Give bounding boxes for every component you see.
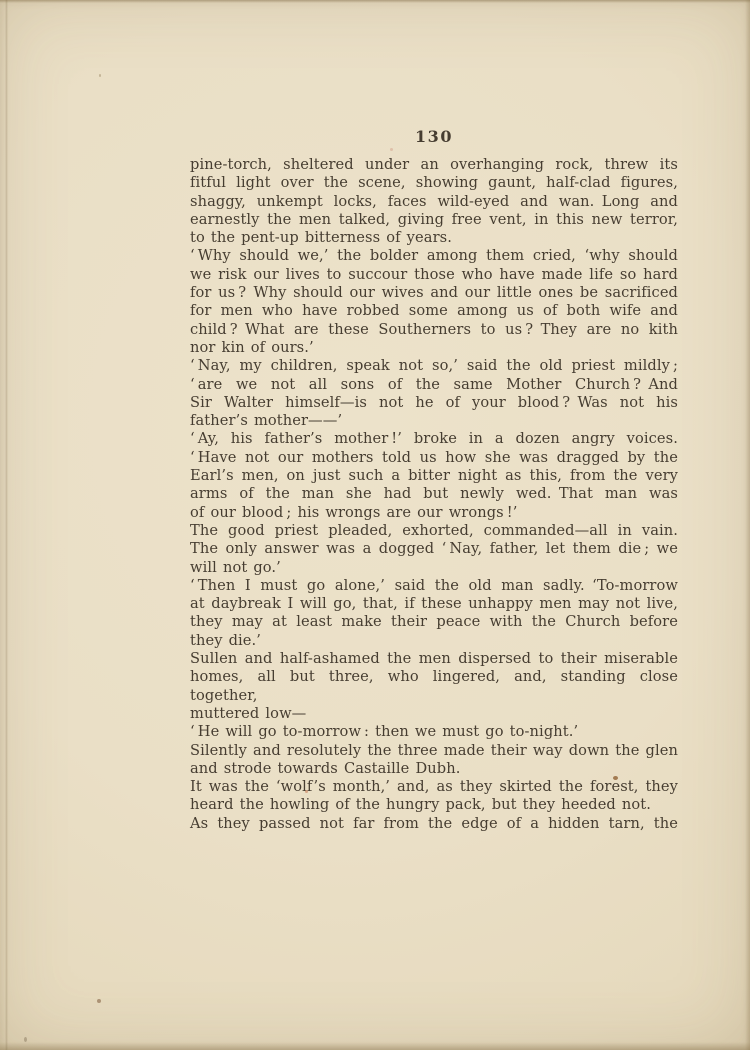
paragraph: Sullen and half-ashamed the men disperse… <box>190 650 678 723</box>
text-line: It was the ‘wolf’s month,’ and, as they … <box>190 778 678 796</box>
text-line: at daybreak I will go, that, if these un… <box>190 595 678 613</box>
paper-speck <box>99 74 101 77</box>
text-line: of our blood ; his wrongs are our wrongs… <box>190 504 678 522</box>
text-line: arms of the man she had but newly wed. T… <box>190 485 678 503</box>
page-edge-bottom <box>0 1042 750 1050</box>
text-line: ‘ He will go to-morrow : then we must go… <box>190 723 678 741</box>
paragraph: As they passed not far from the edge of … <box>190 815 678 833</box>
text-line: pine-torch, sheltered under an overhangi… <box>190 156 678 174</box>
text-line: they may at least make their peace with … <box>190 613 678 631</box>
text-line: earnestly the men talked, giving free ve… <box>190 211 678 229</box>
page-text: pine-torch, sheltered under an overhangi… <box>190 156 678 833</box>
text-line: we risk our lives to succour those who h… <box>190 266 678 284</box>
text-line: Sullen and half-ashamed the men disperse… <box>190 650 678 668</box>
page-crease <box>5 0 8 1050</box>
text-line: ‘ Ay, his father’s mother !’ broke in a … <box>190 430 678 448</box>
paragraph: ‘ He will go to-morrow : then we must go… <box>190 723 678 741</box>
text-line: ‘ Nay, my children, speak not so,’ said … <box>190 357 678 375</box>
text-line: ‘ Why should we,’ the bolder among them … <box>190 247 678 265</box>
text-line: they die.’ <box>190 632 678 650</box>
text-line: Sir Walter himself—is not he of your blo… <box>190 394 678 412</box>
text-line: and strode towards Castaille Dubh. <box>190 760 678 778</box>
text-line: to the pent-up bitterness of years. <box>190 229 678 247</box>
paragraph: It was the ‘wolf’s month,’ and, as they … <box>190 778 678 815</box>
text-line: father’s mother——’ <box>190 412 678 430</box>
text-line: shaggy, unkempt locks, faces wild-eyed a… <box>190 193 678 211</box>
text-line: child ? What are these Southerners to us… <box>190 321 678 339</box>
text-line: Earl’s men, on just such a bitter night … <box>190 467 678 485</box>
text-line: heard the howling of the hungry pack, bu… <box>190 796 678 814</box>
text-line: Silently and resolutely the three made t… <box>190 742 678 760</box>
page-edge-top <box>0 0 750 3</box>
text-line: homes, all but three, who lingered, and,… <box>190 668 678 705</box>
text-line: The only answer was a dogged ‘ Nay, fath… <box>190 540 678 558</box>
page-edge-right <box>745 0 750 1050</box>
text-line: ‘ Have not our mothers told us how she w… <box>190 449 678 467</box>
paragraph: pine-torch, sheltered under an overhangi… <box>190 156 678 247</box>
page-number: 130 <box>190 127 678 146</box>
paragraph: ‘ Why should we,’ the bolder among them … <box>190 247 678 357</box>
paragraph: Silently and resolutely the three made t… <box>190 742 678 779</box>
paragraph: The good priest pleaded, exhorted, comma… <box>190 522 678 577</box>
text-line: for us ? Why should our wives and our li… <box>190 284 678 302</box>
paper-speck <box>390 148 393 151</box>
book-page: 130 pine-torch, sheltered under an overh… <box>0 0 750 1050</box>
paragraph: ‘ Ay, his father’s mother !’ broke in a … <box>190 430 678 521</box>
text-line: will not go.’ <box>190 559 678 577</box>
text-line: fitful light over the scene, showing gau… <box>190 174 678 192</box>
text-line: ‘ are we not all sons of the same Mother… <box>190 376 678 394</box>
text-line: muttered low— <box>190 705 678 723</box>
paper-speck <box>97 999 101 1003</box>
text-line: nor kin of ours.’ <box>190 339 678 357</box>
text-line: ‘ Then I must go alone,’ said the old ma… <box>190 577 678 595</box>
paragraph: ‘ Then I must go alone,’ said the old ma… <box>190 577 678 650</box>
text-line: for men who have robbed some among us of… <box>190 302 678 320</box>
text-line: The good priest pleaded, exhorted, comma… <box>190 522 678 540</box>
paragraph: ‘ Nay, my children, speak not so,’ said … <box>190 357 678 430</box>
text-line: As they passed not far from the edge of … <box>190 815 678 833</box>
